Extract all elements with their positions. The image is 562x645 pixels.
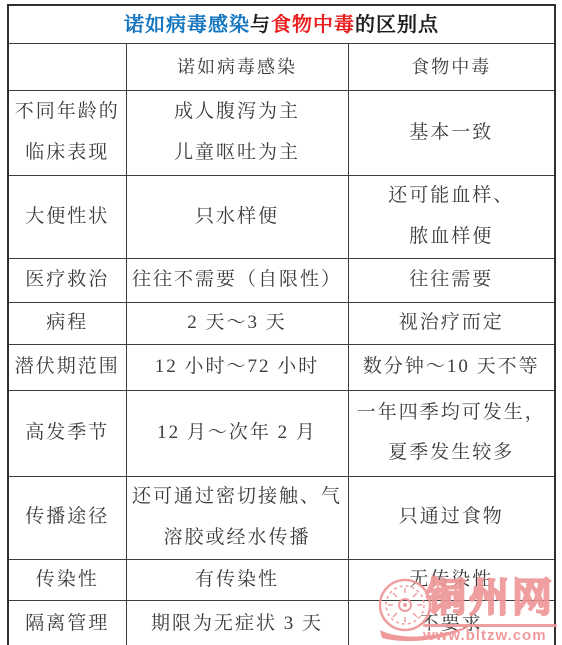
food-poisoning-cell: 一年四季均可发生， 夏季发生较多 <box>348 390 555 476</box>
header-empty-cell <box>8 44 126 91</box>
row-infectivity: 传染性 有传染性 无传染性 <box>8 559 555 601</box>
page: 诺如病毒感染与食物中毒的区别点 诺如病毒感染 食物中毒 不同年龄的 临床表现 成… <box>0 0 562 645</box>
norovirus-cell: 2 天～3 天 <box>126 303 348 345</box>
title-segment-norovirus: 诺如病毒感染 <box>124 14 250 36</box>
row-label: 隔离管理 <box>8 601 126 645</box>
food-poisoning-cell: 不要求 <box>348 601 555 645</box>
food-poisoning-cell: 数分钟～10 天不等 <box>348 344 555 390</box>
norovirus-cell: 还可通过密切接触、气 溶胶或经水传播 <box>126 476 348 559</box>
row-label: 高发季节 <box>8 390 126 476</box>
row-label: 潜伏期范围 <box>8 344 126 390</box>
norovirus-cell: 往往不需要（自限性） <box>126 259 348 303</box>
title-segment-food-poisoning: 食物中毒 <box>271 14 355 36</box>
row-stool-character: 大便性状 只水样便 还可能血样、 脓血样便 <box>8 176 555 259</box>
row-transmission-route: 传播途径 还可通过密切接触、气 溶胶或经水传播 只通过食物 <box>8 476 555 559</box>
food-poisoning-cell: 只通过食物 <box>348 476 555 559</box>
row-disease-course: 病程 2 天～3 天 视治疗而定 <box>8 303 555 345</box>
norovirus-cell: 只水样便 <box>126 176 348 259</box>
norovirus-cell: 12 小时～72 小时 <box>126 344 348 390</box>
food-poisoning-cell: 往往需要 <box>348 259 555 303</box>
row-medical-treatment: 医疗救治 往往不需要（自限性） 往往需要 <box>8 259 555 303</box>
header-food-poisoning: 食物中毒 <box>348 44 555 91</box>
title-row: 诺如病毒感染与食物中毒的区别点 <box>8 5 555 44</box>
row-isolation-management: 隔离管理 期限为无症状 3 天 不要求 <box>8 601 555 645</box>
food-poisoning-cell: 还可能血样、 脓血样便 <box>348 176 555 259</box>
row-label: 病程 <box>8 303 126 345</box>
food-poisoning-cell: 无传染性 <box>348 559 555 601</box>
row-label: 传播途径 <box>8 476 126 559</box>
norovirus-cell: 成人腹泻为主 儿童呕吐为主 <box>126 91 348 176</box>
title-segment-and: 与 <box>250 14 271 36</box>
row-peak-season: 高发季节 12 月～次年 2 月 一年四季均可发生， 夏季发生较多 <box>8 390 555 476</box>
norovirus-cell: 期限为无症状 3 天 <box>126 601 348 645</box>
header-norovirus: 诺如病毒感染 <box>126 44 348 91</box>
comparison-table: 诺如病毒感染与食物中毒的区别点 诺如病毒感染 食物中毒 不同年龄的 临床表现 成… <box>7 4 556 645</box>
food-poisoning-cell: 视治疗而定 <box>348 303 555 345</box>
row-label: 大便性状 <box>8 176 126 259</box>
row-incubation-period: 潜伏期范围 12 小时～72 小时 数分钟～10 天不等 <box>8 344 555 390</box>
food-poisoning-cell: 基本一致 <box>348 91 555 176</box>
title-segment-differences: 的区别点 <box>355 14 439 36</box>
norovirus-cell: 12 月～次年 2 月 <box>126 390 348 476</box>
row-label: 不同年龄的 临床表现 <box>8 91 126 176</box>
norovirus-cell: 有传染性 <box>126 559 348 601</box>
row-clinical-manifestation: 不同年龄的 临床表现 成人腹泻为主 儿童呕吐为主 基本一致 <box>8 91 555 176</box>
row-label: 医疗救治 <box>8 259 126 303</box>
table-title: 诺如病毒感染与食物中毒的区别点 <box>8 5 555 44</box>
row-label: 传染性 <box>8 559 126 601</box>
header-row: 诺如病毒感染 食物中毒 <box>8 44 555 91</box>
